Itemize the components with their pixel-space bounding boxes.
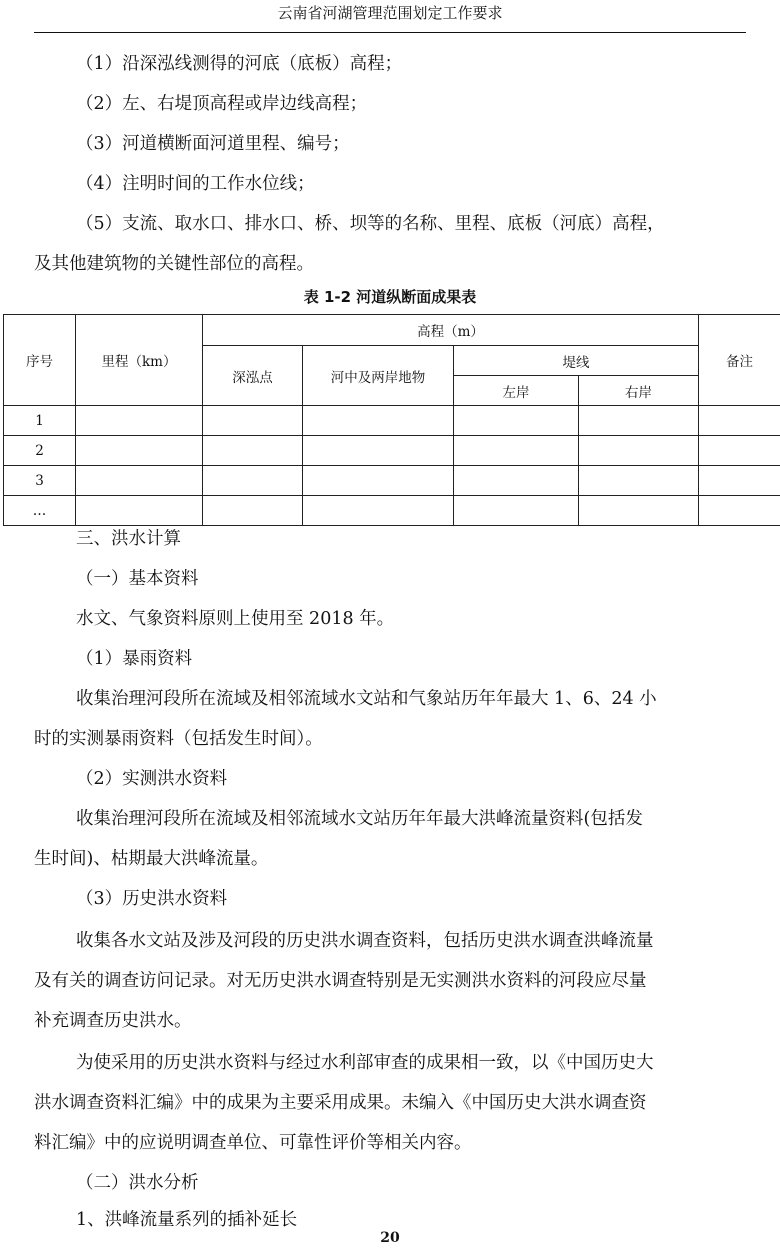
subsection-1-text: 水文、气象资料原则上使用至 2018 年。 — [34, 607, 746, 631]
item-1-text-line-2: 时的实测暴雨资料（包括发生时间）。 — [34, 727, 746, 751]
header-elevation: 高程（m） — [203, 315, 699, 346]
item-3-text-line-1: 收集各水文站及涉及河段的历史洪水调查资料，包括历史洪水调查洪峰流量 — [34, 929, 746, 953]
item-3-text-line-3: 补充调查历史洪水。 — [34, 1009, 746, 1033]
cell-mileage — [76, 466, 203, 496]
header-left-bank: 左岸 — [454, 376, 579, 406]
item-2-text-line-2: 生时间)、枯期最大洪峰流量。 — [34, 847, 746, 871]
header-seq: 序号 — [4, 315, 76, 406]
header-thalweg: 深泓点 — [203, 346, 303, 406]
list-item-2: （2）左、右堤顶高程或岸边线高程； — [34, 92, 746, 116]
list-item-1: （1）沿深泓线测得的河底（底板）高程； — [34, 52, 746, 76]
cell-features — [303, 496, 454, 526]
cell-features — [303, 406, 454, 436]
list-item-5: （5）支流、取水口、排水口、桥、坝等的名称、里程、底板（河底）高程， — [34, 212, 746, 236]
table-row: 3 — [4, 466, 780, 496]
table-row: 1 — [4, 406, 780, 436]
cell-mileage — [76, 496, 203, 526]
running-header: 云南省河湖管理范围划定工作要求 — [34, 0, 746, 33]
cell-thalweg — [203, 406, 303, 436]
table-row: 2 — [4, 436, 780, 466]
cell-left-bank — [454, 496, 579, 526]
cell-seq: 1 — [4, 406, 76, 436]
list-item-5-continuation: 及其他建筑物的关键性部位的高程。 — [34, 252, 746, 276]
item-1-heading: （1）暴雨资料 — [34, 647, 746, 671]
cell-mileage — [76, 436, 203, 466]
cell-left-bank — [454, 436, 579, 466]
header-remarks: 备注 — [699, 315, 780, 406]
header-mileage: 里程（km） — [76, 315, 203, 406]
subsection-2-heading: （二）洪水分析 — [34, 1171, 746, 1195]
cell-seq: 2 — [4, 436, 76, 466]
table-caption: 表 1-2 河道纵断面成果表 — [0, 286, 780, 307]
cell-seq: … — [4, 496, 76, 526]
cell-remarks — [699, 406, 780, 436]
header-embankment: 堤线 — [454, 346, 699, 376]
paragraph-line-3: 料汇编》中的应说明调查单位、可靠性评价等相关内容。 — [34, 1131, 746, 1155]
cell-remarks — [699, 496, 780, 526]
header-right-bank: 右岸 — [579, 376, 699, 406]
cell-left-bank — [454, 406, 579, 436]
table-row: … — [4, 496, 780, 526]
cell-right-bank — [579, 406, 699, 436]
item-3-text-line-2: 及有关的调查访问记录。对无历史洪水调查特别是无实测洪水资料的河段应尽量 — [34, 969, 746, 993]
item-3-heading: （3）历史洪水资料 — [34, 887, 746, 911]
cell-features — [303, 466, 454, 496]
item-2-heading: （2）实测洪水资料 — [34, 767, 746, 791]
cell-remarks — [699, 466, 780, 496]
cell-seq: 3 — [4, 466, 76, 496]
cell-right-bank — [579, 466, 699, 496]
results-table: 序号 里程（km） 高程（m） 备注 深泓点 河中及两岸地物 堤线 左岸 右岸 … — [3, 314, 780, 526]
item-2-text-line-1: 收集治理河段所在流域及相邻流域水文站历年年最大洪峰流量资料(包括发 — [34, 807, 746, 831]
cell-right-bank — [579, 436, 699, 466]
paragraph-line-1: 为使采用的历史洪水资料与经过水利部审查的成果相一致，以《中国历史大 — [34, 1051, 746, 1075]
cell-mileage — [76, 406, 203, 436]
item-1-text-line-1: 收集治理河段所在流域及相邻流域水文站和气象站历年年最大 1、6、24 小 — [34, 687, 746, 711]
page-number: 20 — [0, 1230, 780, 1246]
cell-thalweg — [203, 436, 303, 466]
list-item-4: （4）注明时间的工作水位线； — [34, 172, 746, 196]
list-item-3: （3）河道横断面河道里程、编号； — [34, 132, 746, 156]
cell-features — [303, 436, 454, 466]
cell-thalweg — [203, 496, 303, 526]
subsection-1-heading: （一）基本资料 — [34, 567, 746, 591]
cell-left-bank — [454, 466, 579, 496]
cell-right-bank — [579, 496, 699, 526]
cell-thalweg — [203, 466, 303, 496]
section-3-heading: 三、洪水计算 — [34, 527, 746, 551]
subsection-2-item-1: 1、洪峰流量系列的插补延长 — [34, 1208, 746, 1232]
paragraph-line-2: 洪水调查资料汇编》中的成果为主要采用成果。未编入《中国历史大洪水调查资 — [34, 1091, 746, 1115]
header-features: 河中及两岸地物 — [303, 346, 454, 406]
cell-remarks — [699, 436, 780, 466]
